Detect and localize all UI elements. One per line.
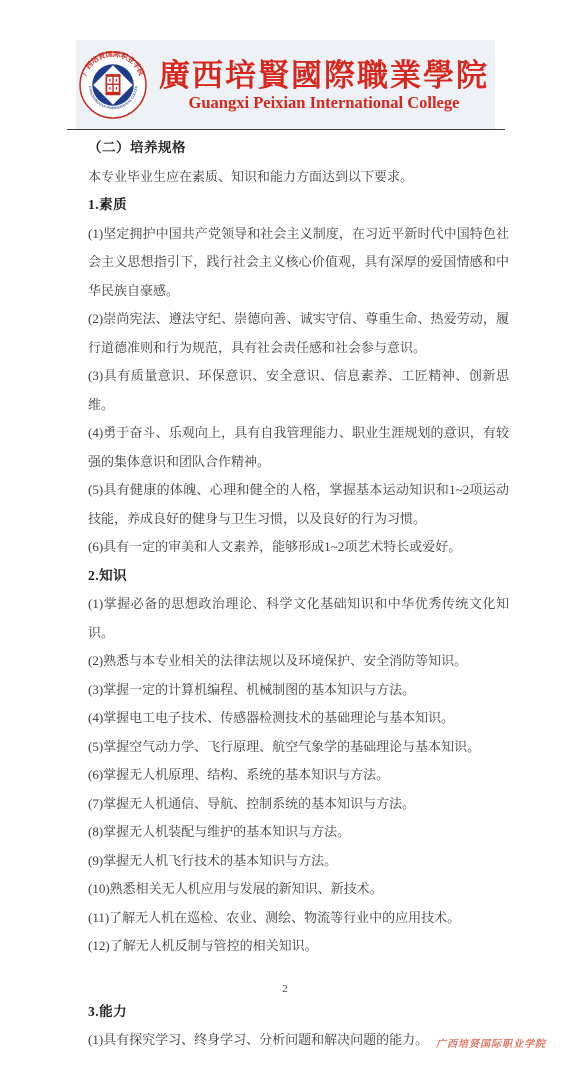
- college-name-en: Guangxi Peixian International College: [153, 95, 495, 112]
- header-divider: [67, 129, 505, 130]
- list-item-paragraph: (12)了解无人机反制与管控的相关知识。: [88, 932, 509, 961]
- document-body: （二）培养规格 本专业毕业生应在素质、知识和能力方面达到以下要求。 1.素质(1…: [88, 134, 509, 1055]
- list-item-paragraph: (6)具有一定的审美和人文素养，能够形成1~2项艺术特长或爱好。: [88, 533, 509, 562]
- list-item-paragraph: (1)掌握必备的思想政治理论、科学文化基础知识和中华优秀传统文化知识。: [88, 590, 509, 647]
- section-heading: 2.知识: [88, 562, 509, 591]
- list-item-paragraph: (2)崇尚宪法、遵法守纪、崇德向善、诚实守信、尊重生命、热爱劳动，履行道德准则和…: [88, 305, 509, 362]
- list-item-paragraph: (4)掌握电工电子技术、传感器检测技术的基础理论与基本知识。: [88, 704, 509, 733]
- list-item-paragraph: (1)坚定拥护中国共产党领导和社会主义制度，在习近平新时代中国特色社会主义思想指…: [88, 220, 509, 306]
- list-item-paragraph: (6)掌握无人机原理、结构、系统的基本知识与方法。: [88, 761, 509, 790]
- list-item-paragraph: (8)掌握无人机装配与维护的基本知识与方法。: [88, 818, 509, 847]
- college-seal-logo: 广西培贤国际职业学院 GUANGXI PEIXIAN INTERNATIONAL…: [79, 51, 147, 119]
- list-item-paragraph: (5)掌握空气动力学、飞行原理、航空气象学的基础理论与基本知识。: [88, 733, 509, 762]
- college-header: 广西培贤国际职业学院 GUANGXI PEIXIAN INTERNATIONAL…: [76, 40, 495, 129]
- section-heading: 3.能力: [88, 998, 509, 1027]
- list-item-paragraph: (7)掌握无人机通信、导航、控制系统的基本知识与方法。: [88, 790, 509, 819]
- section-heading: 1.素质: [88, 191, 509, 220]
- list-item-paragraph: (3)具有质量意识、环保意识、安全意识、信息素养、工匠精神、创新思维。: [88, 362, 509, 419]
- page-number: 2: [0, 983, 570, 995]
- list-item-paragraph: (10)熟悉相关无人机应用与发展的新知识、新技术。: [88, 875, 509, 904]
- list-item-paragraph: (3)掌握一定的计算机编程、机械制图的基本知识与方法。: [88, 676, 509, 705]
- list-item-paragraph: (5)具有健康的体魄、心理和健全的人格，掌握基本运动知识和1~2项运动技能，养成…: [88, 476, 509, 533]
- intro-paragraph: 本专业毕业生应在素质、知识和能力方面达到以下要求。: [88, 163, 509, 192]
- footer-watermark: 广西培贤国际职业学院: [436, 1035, 546, 1050]
- list-item-paragraph: (2)熟悉与本专业相关的法律法规以及环境保护、安全消防等知识。: [88, 647, 509, 676]
- list-item-paragraph: (11)了解无人机在巡检、农业、测绘、物流等行业中的应用技术。: [88, 904, 509, 933]
- college-name-zh: 廣西培賢國際職業學院: [153, 58, 495, 94]
- college-titles: 廣西培賢國際職業學院 Guangxi Peixian International…: [153, 58, 495, 111]
- list-item-paragraph: (9)掌握无人机飞行技术的基本知识与方法。: [88, 847, 509, 876]
- list-item-paragraph: (4)勇于奋斗、乐观向上，具有自我管理能力、职业生涯规划的意识，有较强的集体意识…: [88, 419, 509, 476]
- section-title: （二）培养规格: [88, 134, 509, 163]
